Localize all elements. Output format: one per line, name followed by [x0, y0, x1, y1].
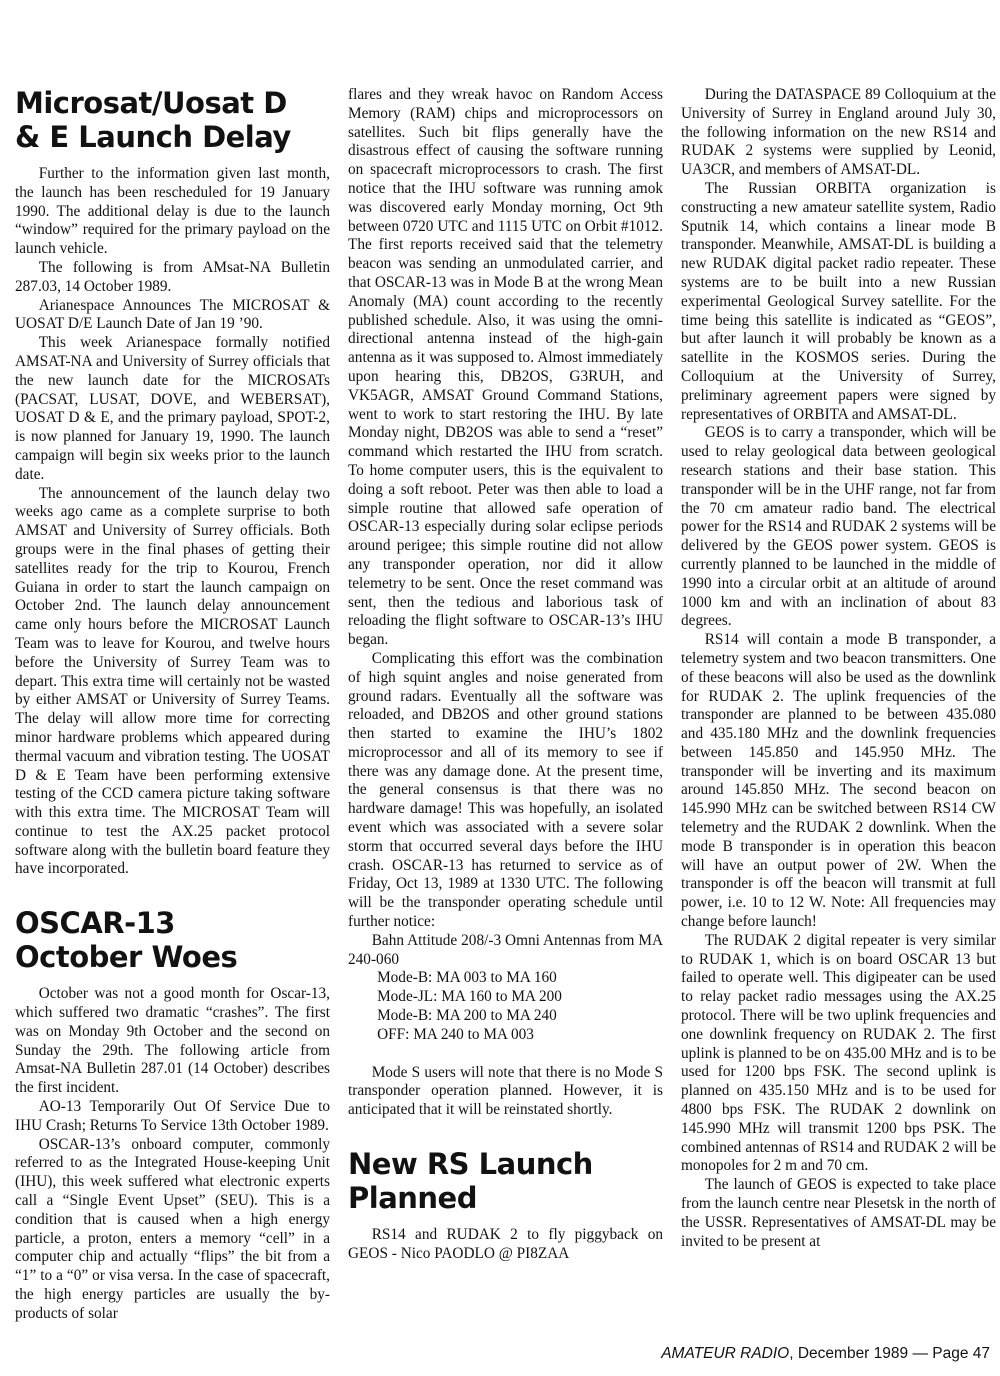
body-paragraph: Arianespace Announces The MICROSAT & UOS…: [15, 297, 330, 335]
body-paragraph: Complicating this effort was the combina…: [348, 650, 663, 932]
schedule-line: Mode-B: MA 200 to MA 240: [348, 1007, 663, 1026]
headline-new-rs-launch-planned: New RS Launch Planned: [348, 1147, 663, 1215]
body-paragraph-continuation: flares and they wreak havoc on Random Ac…: [348, 86, 663, 650]
body-paragraph: Mode S users will note that there is no …: [348, 1064, 663, 1120]
schedule-line: OFF: MA 240 to MA 003: [348, 1026, 663, 1045]
body-paragraph: During the DATASPACE 89 Colloquium at th…: [681, 86, 996, 180]
journal-name: AMATEUR RADIO: [661, 1345, 789, 1362]
body-paragraph: October was not a good month for Oscar-1…: [15, 985, 330, 1098]
schedule-line: Mode-B: MA 003 to MA 160: [348, 969, 663, 988]
body-paragraph: OSCAR-13’s onboard computer, commonly re…: [15, 1136, 330, 1324]
body-paragraph: The following is from AMsat-NA Bulletin …: [15, 259, 330, 297]
body-paragraph: RS14 will contain a mode B transponder, …: [681, 631, 996, 932]
body-paragraph: The announcement of the launch delay two…: [15, 485, 330, 880]
body-paragraph: The Russian ORBITA organization is const…: [681, 180, 996, 424]
body-paragraph: The RUDAK 2 digital repeater is very sim…: [681, 932, 996, 1176]
footer-issue-and-page: , December 1989 — Page 47: [789, 1345, 990, 1362]
body-paragraph: The launch of GEOS is expected to take p…: [681, 1176, 996, 1251]
body-paragraph: This week Arianespace formally notified …: [15, 334, 330, 484]
magazine-page: Microsat/Uosat D & E Launch Delay Furthe…: [0, 0, 1000, 1376]
headline-oscar-13-october-woes: OSCAR-13 October Woes: [15, 906, 330, 974]
body-paragraph: Further to the information given last mo…: [15, 165, 330, 259]
body-paragraph: GEOS is to carry a transponder, which wi…: [681, 424, 996, 631]
column-right: During the DATASPACE 89 Colloquium at th…: [681, 86, 996, 1324]
body-paragraph: Bahn Attitude 208/-3 Omni Antennas from …: [348, 932, 663, 970]
headline-microsat-uosat-launch-delay: Microsat/Uosat D & E Launch Delay: [15, 86, 330, 154]
body-paragraph: RS14 and RUDAK 2 to fly piggyback on GEO…: [348, 1226, 663, 1264]
column-center: flares and they wreak havoc on Random Ac…: [348, 86, 663, 1324]
body-paragraph: AO-13 Temporarily Out Of Service Due to …: [15, 1098, 330, 1136]
schedule-line: Mode-JL: MA 160 to MA 200: [348, 988, 663, 1007]
page-footer: AMATEUR RADIO, December 1989 — Page 47: [661, 1345, 990, 1363]
column-left: Microsat/Uosat D & E Launch Delay Furthe…: [15, 86, 330, 1324]
column-layout: Microsat/Uosat D & E Launch Delay Furthe…: [0, 0, 1000, 1324]
